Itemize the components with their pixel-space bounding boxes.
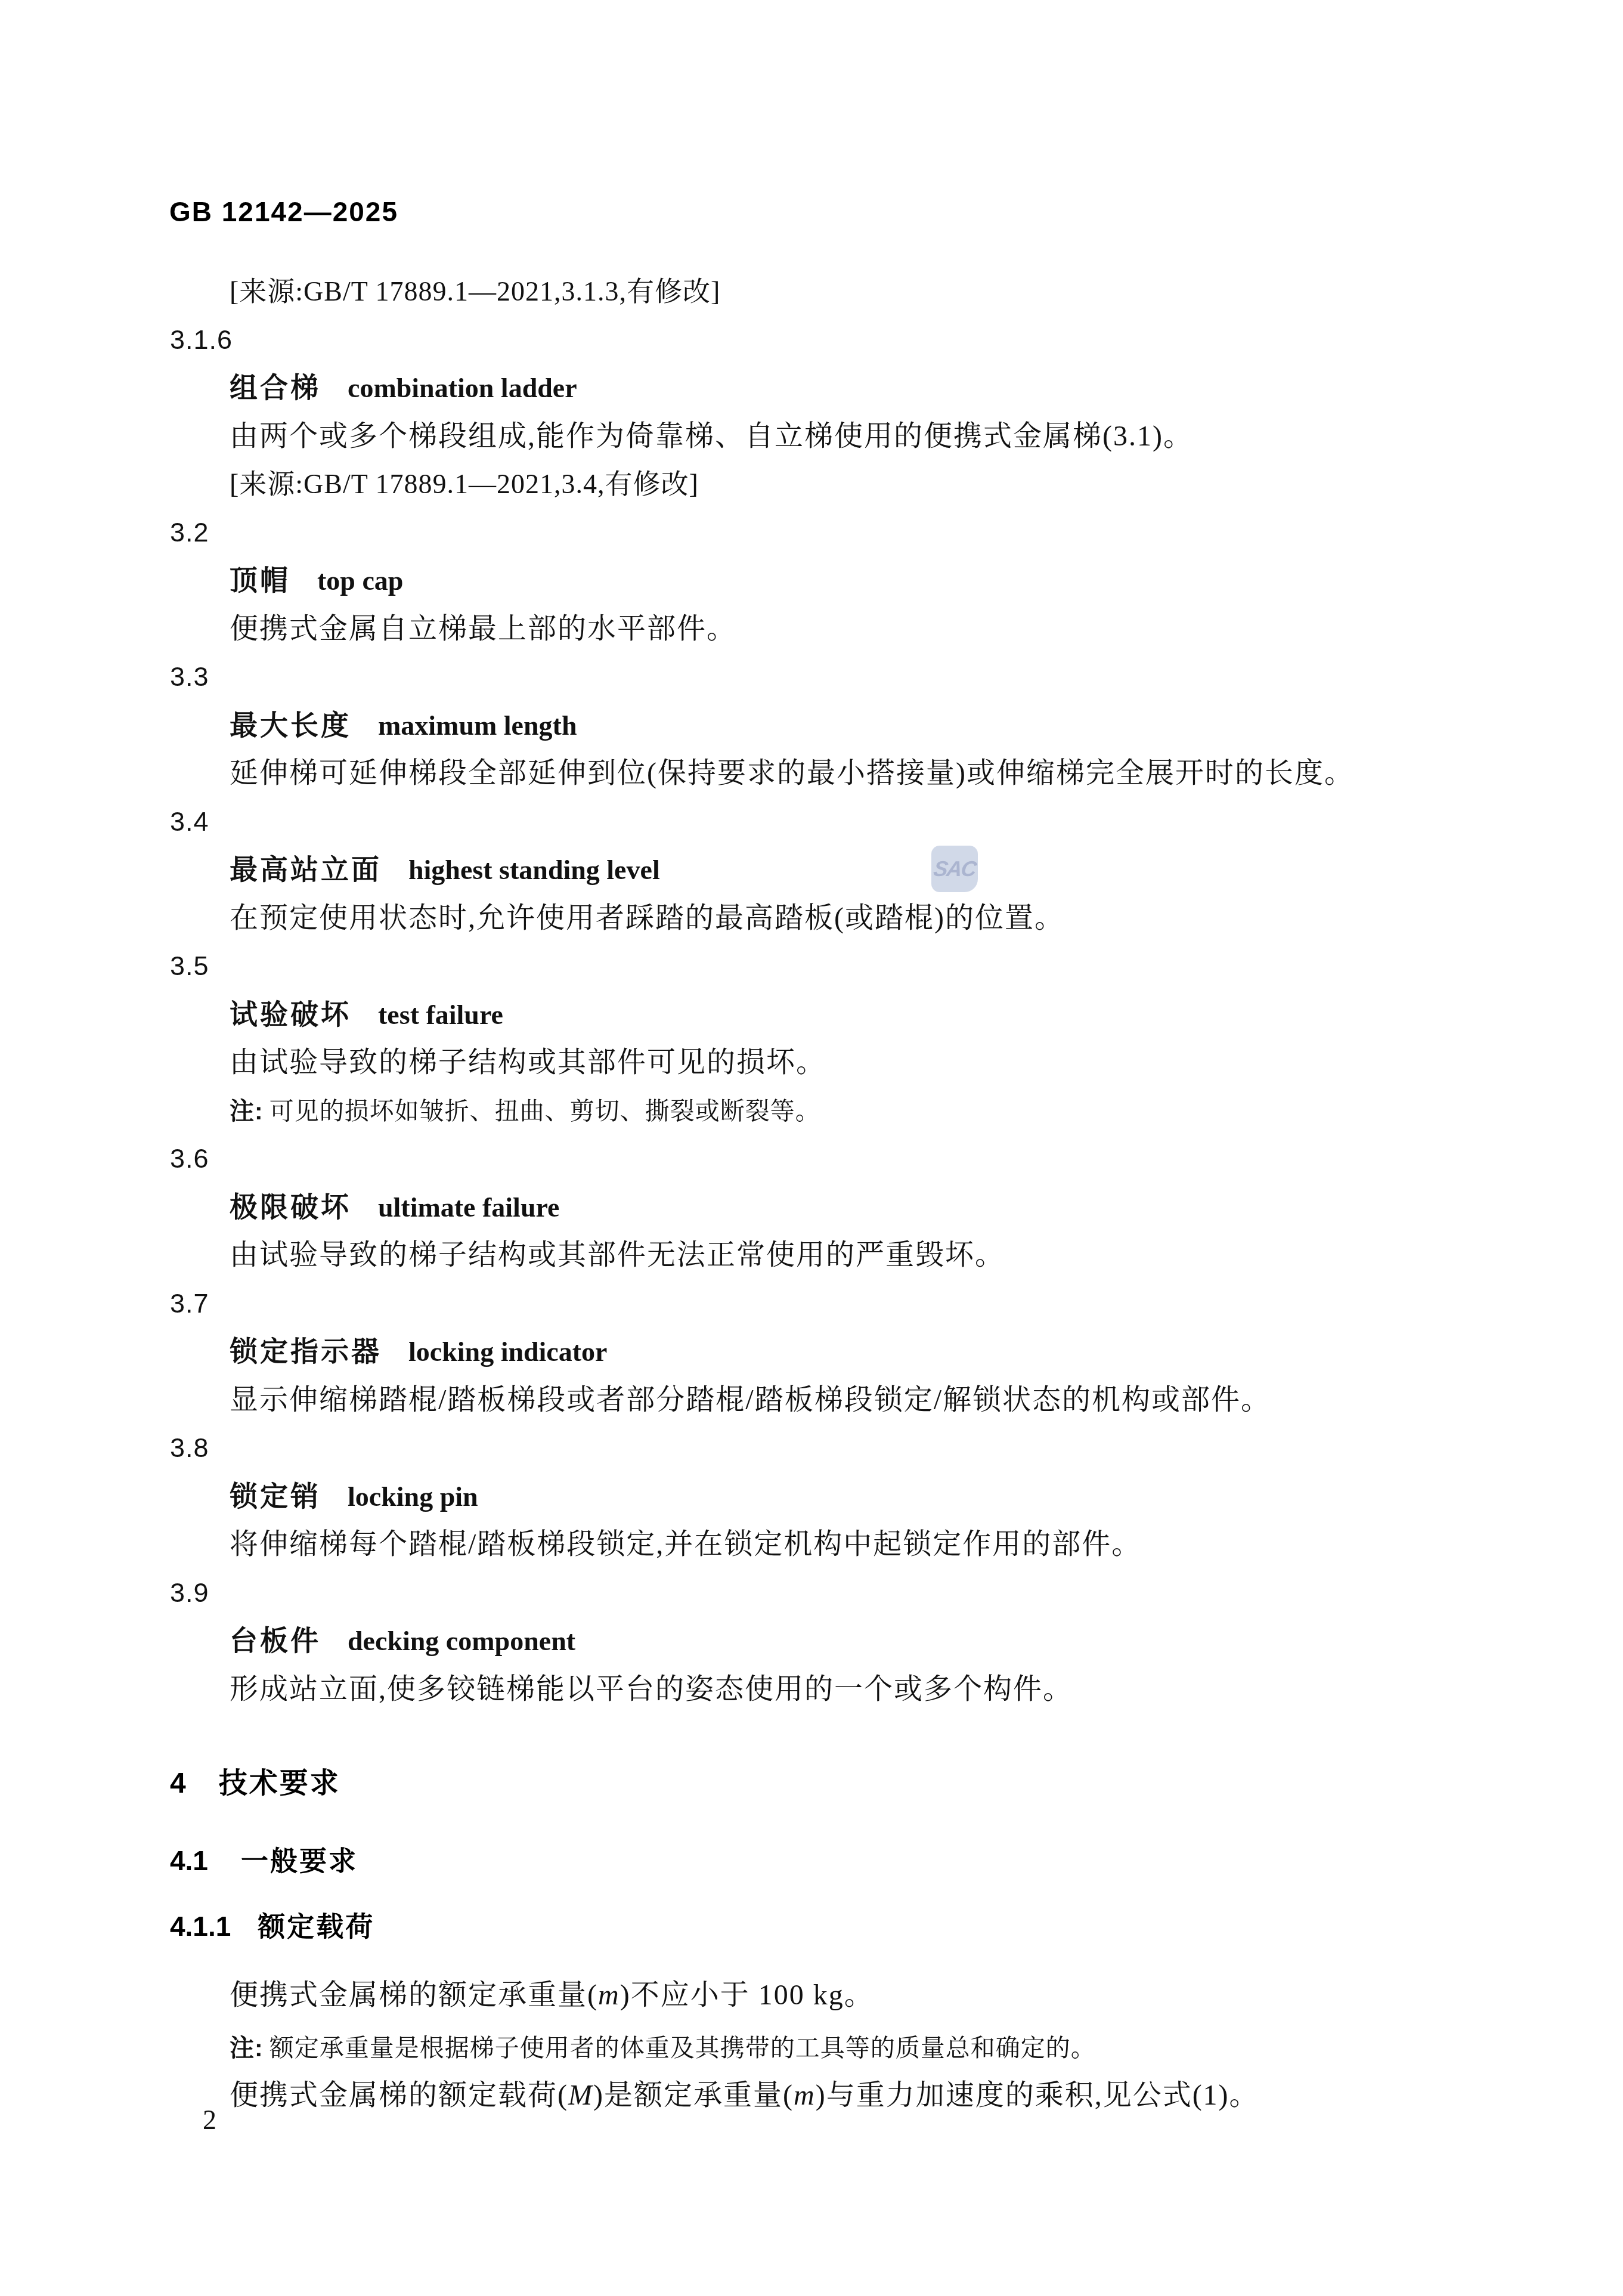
rated-mass-text-post: )不应小于 100 kg。: [620, 1979, 874, 2011]
term-english: ultimate failure: [378, 1192, 559, 1223]
clause-number: 3.7: [170, 1280, 1577, 1328]
term-english: locking pin: [348, 1481, 478, 1512]
clause-number: 3.9: [170, 1569, 1577, 1617]
clause-4-1-1-number: 4.1.1: [170, 1911, 231, 1942]
term-english: combination ladder: [348, 373, 577, 403]
term-heading: 组合梯combination ladder: [170, 364, 1577, 413]
rated-load-text-pre: 便携式金属梯的额定载荷(: [230, 2080, 568, 2111]
term-chinese: 最高站立面: [230, 853, 382, 885]
rated-mass-paragraph: 便携式金属梯的额定承重量(m)不应小于 100 kg。: [170, 1972, 1577, 2020]
term-english: test failure: [378, 1000, 503, 1030]
term-chinese: 组合梯: [230, 372, 321, 403]
clause-4-1-1-title: 额定载荷: [258, 1911, 374, 1942]
variable-M: M: [568, 2080, 593, 2111]
term-english: highest standing level: [408, 855, 660, 885]
clause-4-title: 技术要求: [219, 1768, 340, 1799]
definition-text: 便携式金属自立梯最上部的水平部件。: [170, 605, 1577, 654]
term-heading: 试验破坏test failure: [170, 991, 1577, 1039]
rated-mass-text-pre: 便携式金属梯的额定承重量(: [230, 1979, 598, 2011]
term-chinese: 最大长度: [230, 709, 351, 741]
clause-number: 3.2: [170, 509, 1577, 557]
term-chinese: 极限破坏: [230, 1191, 351, 1223]
clause-number: 3.8: [170, 1424, 1577, 1472]
definition-text: 由试验导致的梯子结构或其部件无法正常使用的严重毁坏。: [170, 1231, 1577, 1280]
term-english: decking component: [348, 1626, 575, 1656]
page-number: 2: [203, 2104, 216, 2136]
definition-text: 将伸缩梯每个踏棍/踏板梯段锁定,并在锁定机构中起锁定作用的部件。: [170, 1521, 1577, 1569]
clause-4-number: 4: [170, 1768, 186, 1799]
term-chinese: 试验破坏: [230, 998, 351, 1030]
clause-number: 3.3: [170, 653, 1577, 701]
clause-4-heading: 4技术要求: [170, 1760, 1577, 1808]
definition-text: 显示伸缩梯踏棍/踏板梯段或者部分踏棍/踏板梯段锁定/解锁状态的机构或部件。: [170, 1376, 1577, 1425]
term-heading: 最高站立面highest standing level: [170, 846, 1577, 895]
definition-text: 延伸梯可延伸梯段全部延伸到位(保持要求的最小搭接量)或伸缩梯完全展开时的长度。: [170, 750, 1577, 798]
note-text: 可见的损坏如皱折、扭曲、剪切、撕裂或断裂等。: [270, 1097, 820, 1125]
term-chinese: 锁定销: [230, 1480, 321, 1512]
term-heading: 顶帽top cap: [170, 556, 1577, 605]
clause-number: 3.6: [170, 1135, 1577, 1183]
definition-text: 由两个或多个梯段组成,能作为倚靠梯、自立梯使用的便携式金属梯(3.1)。: [170, 413, 1577, 461]
term-heading: 锁定销locking pin: [170, 1472, 1577, 1521]
term-heading: 最大长度maximum length: [170, 701, 1577, 750]
source-note: [来源:GB/T 17889.1—2021,3.4,有修改]: [170, 460, 1577, 509]
note-text: 额定承重量是根据梯子使用者的体重及其携带的工具等的质量总和确定的。: [270, 2034, 1096, 2062]
term-english: top cap: [317, 565, 403, 596]
rated-load-paragraph: 便携式金属梯的额定载荷(M)是额定承重量(m)与重力加速度的乘积,见公式(1)。: [170, 2072, 1577, 2120]
note-label: 注:: [230, 1097, 264, 1125]
clause-number: 3.4: [170, 798, 1577, 846]
terms-and-definitions-content: [来源:GB/T 17889.1—2021,3.1.3,有修改]3.1.6组合梯…: [170, 268, 1577, 2120]
clause-4-1-heading: 4.1一般要求: [170, 1837, 1577, 1885]
term-heading: 台板件decking component: [170, 1617, 1577, 1666]
clause-4-1-title: 一般要求: [241, 1845, 358, 1876]
term-heading: 极限破坏ultimate failure: [170, 1183, 1577, 1232]
note-line: 注:可见的损坏如皱折、扭曲、剪切、撕裂或断裂等。: [170, 1087, 1577, 1135]
variable-m: m: [794, 2080, 816, 2111]
term-chinese: 顶帽: [230, 564, 290, 596]
note-label: 注:: [230, 2034, 264, 2062]
rated-load-text-mid: )是额定承重量(: [593, 2080, 794, 2111]
rated-load-text-post: )与重力加速度的乘积,见公式(1)。: [816, 2080, 1259, 2111]
clause-4-1-number: 4.1: [170, 1845, 208, 1876]
definition-text: 形成站立面,使多铰链梯能以平台的姿态使用的一个或多个构件。: [170, 1666, 1577, 1714]
term-chinese: 台板件: [230, 1624, 321, 1656]
definition-list: [来源:GB/T 17889.1—2021,3.1.3,有修改]3.1.6组合梯…: [170, 268, 1577, 1713]
term-english: locking indicator: [408, 1336, 608, 1367]
definition-text: 在预定使用状态时,允许使用者踩踏的最高踏板(或踏棍)的位置。: [170, 895, 1577, 943]
definition-text: 由试验导致的梯子结构或其部件可见的损坏。: [170, 1039, 1577, 1087]
variable-m: m: [598, 1979, 620, 2011]
term-heading: 锁定指示器locking indicator: [170, 1328, 1577, 1376]
rated-mass-note: 注:额定承重量是根据梯子使用者的体重及其携带的工具等的质量总和确定的。: [170, 2024, 1577, 2072]
term-chinese: 锁定指示器: [230, 1335, 382, 1367]
clause-number: 3.5: [170, 942, 1577, 991]
term-english: maximum length: [378, 710, 577, 741]
standard-number-header: GB 12142—2025: [169, 196, 398, 228]
source-note: [来源:GB/T 17889.1—2021,3.1.3,有修改]: [170, 268, 1577, 316]
clause-4-1-1-heading: 4.1.1额定载荷: [170, 1902, 1577, 1950]
document-page: GB 12142—2025 SAC [来源:GB/T 17889.1—2021,…: [0, 0, 1623, 2296]
clause-number: 3.1.6: [170, 316, 1577, 364]
